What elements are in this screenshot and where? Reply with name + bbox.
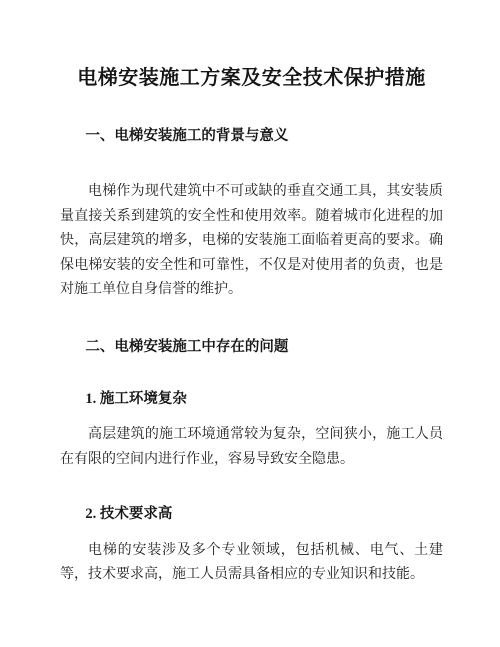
subheading-technical: 2. 技术要求高 xyxy=(60,504,443,524)
paragraph-background: 电梯作为现代建筑中不可或缺的垂直交通工具，其安装质量直接关系到建筑的安全性和使用… xyxy=(60,180,443,303)
section-heading-problems: 二、电梯安装施工中存在的问题 xyxy=(60,337,443,357)
paragraph-technical: 电梯的安装涉及多个专业领域，包括机械、电气、土建等，技术要求高，施工人员需具备相… xyxy=(60,539,443,588)
paragraph-environment: 高层建筑的施工环境通常较为复杂，空间狭小，施工人员在有限的空间内进行作业，容易导… xyxy=(60,423,443,472)
subheading-environment: 1. 施工环境复杂 xyxy=(60,389,443,409)
page-title: 电梯安装施工方案及安全技术保护措施 xyxy=(60,63,443,93)
section-heading-background: 一、电梯安装施工的背景与意义 xyxy=(60,126,443,146)
document-page: 电梯安装施工方案及安全技术保护措施 一、电梯安装施工的背景与意义 电梯作为现代建… xyxy=(0,0,500,647)
